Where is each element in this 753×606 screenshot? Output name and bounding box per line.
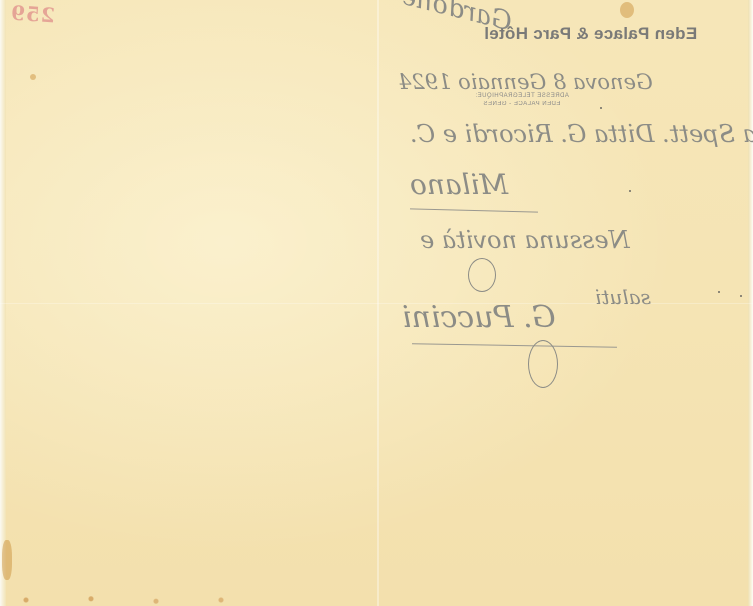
ink-loop xyxy=(468,258,496,292)
signature-underline xyxy=(412,343,617,348)
letterhead-hotel-name: Eden Palace & Parc Hôtel xyxy=(484,24,697,44)
archive-number-stamp: 259 xyxy=(9,0,55,27)
handwritten-signature: G. Puccini xyxy=(402,300,556,335)
handwritten-date: Genova 8 Gennaio 1924 xyxy=(398,70,653,94)
ink-dot xyxy=(629,190,631,192)
handwritten-body-line-2: saluti xyxy=(595,285,651,309)
ink-dot xyxy=(600,107,602,109)
bottom-edge-stains xyxy=(0,594,260,606)
rust-stain xyxy=(620,2,634,18)
ink-dot xyxy=(718,291,720,293)
ink-loop xyxy=(528,340,558,388)
ink-dot xyxy=(740,295,742,297)
handwritten-address-line-1: alla Spett. Ditta G. Ricordi e C. xyxy=(410,120,753,148)
letterhead-telegraph-address: ADRESSE TÉLÉGRAPHIQUE: EDEN PALACE - GEN… xyxy=(475,92,569,108)
letter-page: 259 Gardone Eden Palace & Parc Hôtel Gen… xyxy=(0,0,753,606)
underline-rule xyxy=(410,208,538,212)
handwritten-address-line-2: Milano xyxy=(410,168,508,201)
rust-stain xyxy=(2,540,12,580)
handwritten-body-line-1: Nessuna novità e xyxy=(420,226,630,254)
rust-stain xyxy=(30,74,36,80)
